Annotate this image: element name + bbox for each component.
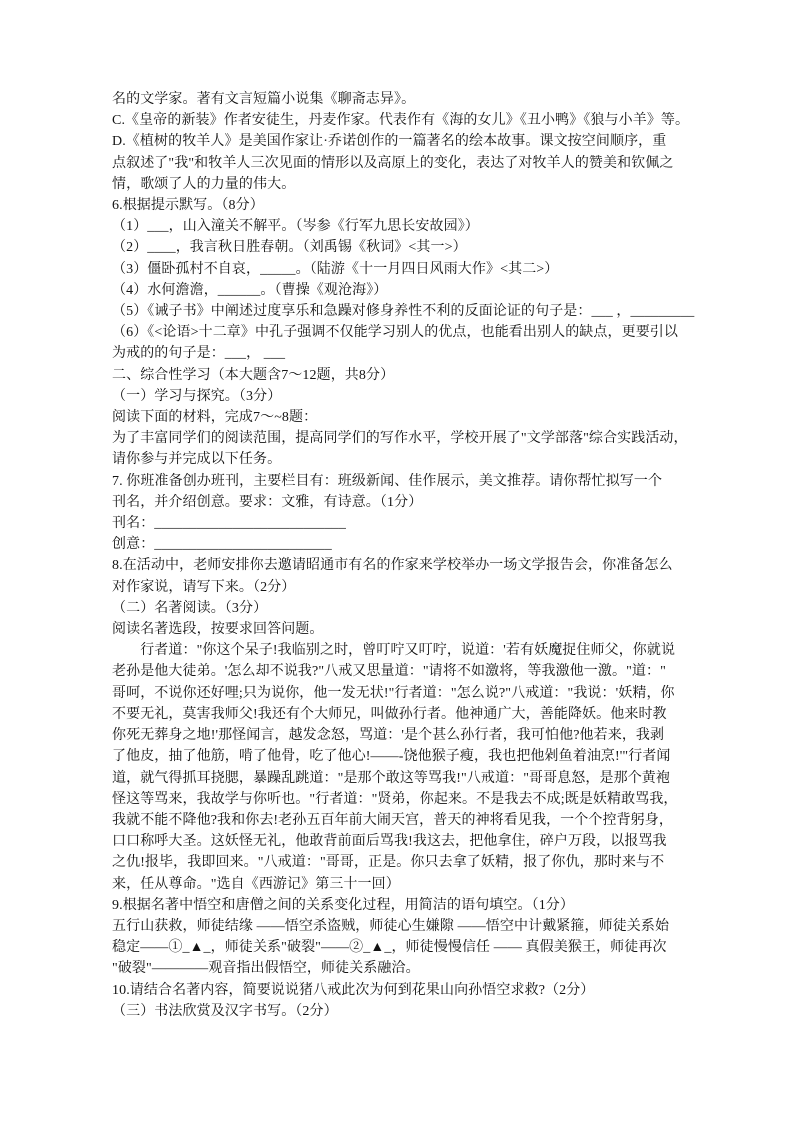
text-line: 为了丰富同学们的阅读范围，提高同学们的写作水平，学校开展了"文学部落"综合实践活… xyxy=(112,428,687,449)
text-line: 为戒的的句子是：___， ___ xyxy=(112,343,687,364)
blank-item-2: （2）____，我言秋日胜春朝。（刘禹锡《秋词》<其一>） xyxy=(112,237,687,258)
passage-line: 行者道："你这个呆子!我临别之时，曾叮咛又叮咛，说道：'若有妖魔捉住师父，你就说 xyxy=(112,640,687,661)
answer-blank-kanming: 刊名：___________________________ xyxy=(112,513,687,534)
text-line: 五行山获救，师徒结缘 ——悟空杀盗贼，师徒心生嫌隙 ——悟空中计戴紧箍，师徒关系… xyxy=(112,916,687,937)
option-c: C.《皇帝的新装》作者安徒生，丹麦作家。代表作有《海的女儿》《丑小鸭》《狼与小羊… xyxy=(112,110,687,131)
text-line: 名的文学家。著有文言短篇小说集《聊斋志异》。 xyxy=(112,89,687,110)
question-6-prompt: 6.根据提示默写。（8分） xyxy=(112,195,687,216)
answer-blank-chuangyi: 创意：_________________________ xyxy=(112,534,687,555)
question-9-prompt: 9.根据名著中悟空和唐僧之间的关系变化过程，用简洁的语句填空。（1分） xyxy=(112,895,687,916)
passage-line: 哥呵，不说你还好哩;只为说你，他一发无状!"行者道："怎么说?"八戒道："我说：… xyxy=(112,683,687,704)
text-line: 刊名，并介绍创意。要求：文雅，有诗意。（1分） xyxy=(112,492,687,513)
option-d: D.《植树的牧羊人》是美国作家让·乔诺创作的一篇著名的绘本故事。课文按空间顺序，… xyxy=(112,131,687,152)
blank-item-4: （4）水何澹澹，______。（曹操《观沧海》） xyxy=(112,280,687,301)
passage-line: 道，就气得抓耳挠腮，暴躁乱跳道："是那个敢这等骂我!"八戒道："哥哥息怒，是那个… xyxy=(112,768,687,789)
subsection-3-heading: （三）书法欣赏及汉字书写。（2分） xyxy=(112,1001,687,1022)
text-line: 点叙述了"我"和牧羊人三次见面的情形以及高原上的变化，表达了对牧羊人的赞美和钦佩… xyxy=(112,153,687,174)
text-line: 稳定——①_▲_，师徒关系"破裂"——②_▲_，师徒慢慢信任 —— 真假美猴王，… xyxy=(112,937,687,958)
passage-line: 我就不能不降他?我和你去!老孙五百年前大闹天宫，普天的神将看见我，一个个控背躬身… xyxy=(112,810,687,831)
blank-item-5: （5）《诫子书》中阐述过度享乐和急躁对修身养性不利的反面论证的句子是：___ ，… xyxy=(112,301,687,322)
passage-line: 怪这等骂来，我故学与你听也。"行者道："贤弟，你起来。不是我去不成;既是妖精敢骂… xyxy=(112,789,687,810)
blank-item-6: （6）《<论语>十二章》中孔子强调不仅能学习别人的优点，也能看出别人的缺点，更要… xyxy=(112,322,687,343)
section-2-heading: 二、综合性学习（本大题含7～12题，共8分） xyxy=(112,365,687,386)
document-content: 名的文学家。著有文言短篇小说集《聊斋志异》。C.《皇帝的新装》作者安徒生，丹麦作… xyxy=(112,89,687,1022)
passage-line: 之仇!报毕，我即回来。"八戒道："哥哥，正是。你只去拿了妖精，报了你仇，那时来与… xyxy=(112,852,687,873)
question-7-prompt: 7. 你班准备创办班刊，主要栏目有：班级新闻、佳作展示，美文推荐。请你帮忙拟写一… xyxy=(112,471,687,492)
blank-item-1: （1）___，山入潼关不解平。（岑参《行军九思长安故园》） xyxy=(112,216,687,237)
passage-line: 不要无礼，莫害我师父!我还有个大师兄，叫做孙行者。他神通广大，善能降妖。他来时教 xyxy=(112,704,687,725)
question-10-prompt: 10.请结合名著内容，简要说说猪八戒此次为何到花果山向孙悟空求救?（2分） xyxy=(112,980,687,1001)
text-line: 请你参与并完成以下任务。 xyxy=(112,449,687,470)
text-line: 阅读下面的材料，完成7～~8题： xyxy=(112,407,687,428)
document-page: 名的文学家。著有文言短篇小说集《聊斋志异》。C.《皇帝的新装》作者安徒生，丹麦作… xyxy=(0,0,793,1122)
subsection-1-heading: （一）学习与探究。（3分） xyxy=(112,386,687,407)
passage-line: 老孙是他大徒弟。'怎么却不说我?"八戒又思量道："请将不如激将，等我激他一激。"… xyxy=(112,661,687,682)
passage-line: 来，任从尊命。"选自《西游记》第三十一回） xyxy=(112,874,687,895)
question-8-prompt: 8.在活动中，老师安排你去邀请昭通市有名的作家来学校举办一场文学报告会，你准备怎… xyxy=(112,555,687,576)
passage-line: 口口称呼大圣。这妖怪无礼，他敢背前面后骂我!我这去，把他拿住，碎户万段，以报骂我 xyxy=(112,831,687,852)
passage-line: 了他皮，抽了他筋，啃了他骨，吃了他心!——-饶他猴子瘦，我也把他剁鱼着油烹!'"… xyxy=(112,746,687,767)
blank-item-3: （3）僵卧孤村不自哀，_____。（陆游《十一月四日风雨大作》<其二>） xyxy=(112,259,687,280)
text-line: "破裂"————观音指出假悟空，师徒关系融洽。 xyxy=(112,958,687,979)
text-line: 阅读名著选段，按要求回答问题。 xyxy=(112,619,687,640)
subsection-2-heading: （二）名著阅读。（3分） xyxy=(112,598,687,619)
passage-line: 你死无葬身之地!'那怪闻言，越发念怒，骂道：'是个甚么孙行者，我可怕他?他若来，… xyxy=(112,725,687,746)
text-line: 对作家说，请写下来。（2分） xyxy=(112,577,687,598)
text-line: 情，歌颂了人的力量的伟大。 xyxy=(112,174,687,195)
